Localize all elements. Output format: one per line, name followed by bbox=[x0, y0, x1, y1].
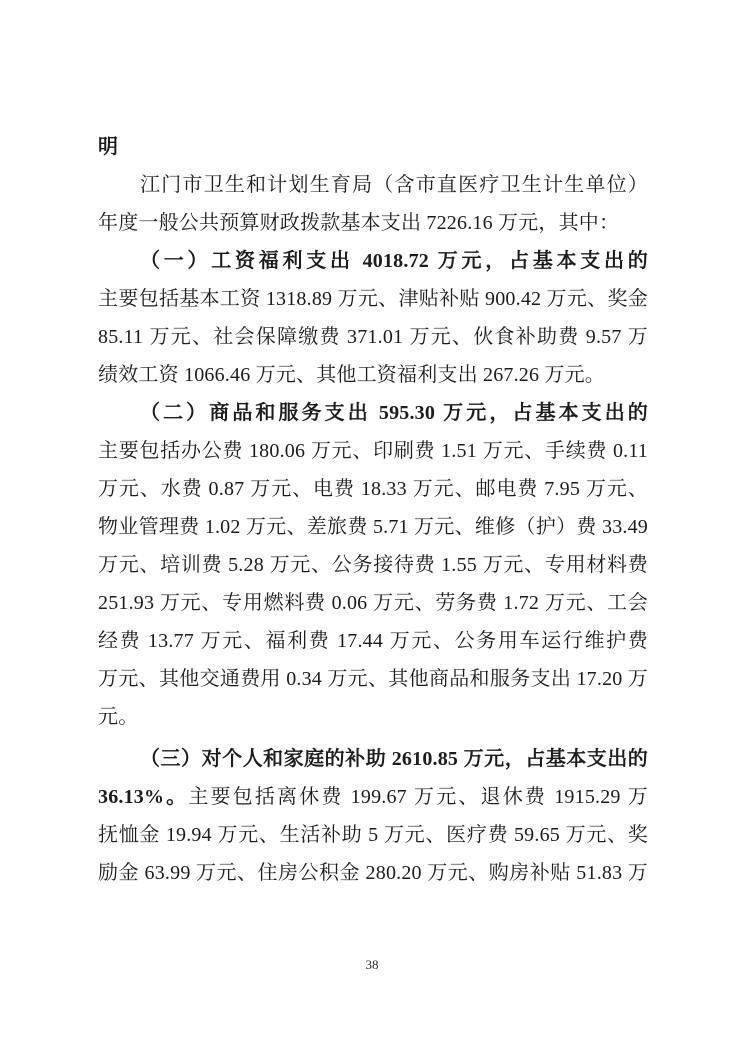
text-line-4: 主要包括基本工资 1318.89 万元、津贴补贴 900.42 万元、奖金 bbox=[98, 280, 648, 318]
text-line-3: （一）工资福利支出 4018.72 万元，占基本支出的 55.61%。 bbox=[98, 242, 648, 280]
text-line-14: 万元、其他交通费用 0.34 万元、其他商品和服务支出 17.20 万 bbox=[98, 660, 648, 698]
text-segment: 主要包括办公费 180.06 万元、印刷费 1.51 万元、手续费 0.11 bbox=[98, 440, 648, 462]
text-segment: 江门市卫生和计划生育局（含市直医疗卫生计生单位）2015 bbox=[98, 174, 648, 204]
text-line-11: 万元、培训费 5.28 万元、公务接待费 1.55 万元、专用材料费 bbox=[98, 546, 648, 584]
text-block: 明江门市卫生和计划生育局（含市直医疗卫生计生单位）2015年度一般公共预算财政拨… bbox=[98, 128, 648, 892]
text-segment: 万元、培训费 5.28 万元、公务接待费 1.55 万元、专用材料费 bbox=[98, 554, 648, 576]
text-line-13: 经费 13.77 万元、福利费 17.44 万元、公务用车运行维护费 36.95 bbox=[98, 622, 648, 660]
text-line-19: 励金 63.99 万元、住房公积金 280.20 万元、购房补贴 51.83 万 bbox=[98, 854, 648, 892]
bold-text-segment: （一）工资福利支出 4018.72 万元，占基本支出的 55.61%。 bbox=[98, 250, 648, 280]
text-segment: 绩效工资 1066.46 万元、其他工资福利支出 267.26 万元。 bbox=[98, 364, 605, 386]
text-segment: 年度一般公共预算财政拨款基本支出 7226.16 万元，其中： bbox=[98, 212, 619, 234]
text-segment: 85.11 万元、社会保障缴费 371.01 万元、伙食补助费 9.57 万元、 bbox=[98, 326, 648, 356]
text-line-7: （二）商品和服务支出 595.30 万元，占基本支出的 8.24%。 bbox=[98, 394, 648, 432]
text-line-2: 年度一般公共预算财政拨款基本支出 7226.16 万元，其中： bbox=[98, 204, 648, 242]
text-segment: 物业管理费 1.02 万元、差旅费 5.71 万元、维修（护）费 33.49 bbox=[98, 516, 648, 538]
text-line-18: 抚恤金 19.94 万元、生活补助 5 万元、医疗费 59.65 万元、奖 bbox=[98, 816, 648, 854]
bold-text-segment: 36.13%。 bbox=[98, 786, 188, 808]
text-line-5: 85.11 万元、社会保障缴费 371.01 万元、伙食补助费 9.57 万元、 bbox=[98, 318, 648, 356]
text-line-0: 明 bbox=[98, 128, 648, 166]
text-segment: 励金 63.99 万元、住房公积金 280.20 万元、购房补贴 51.83 万 bbox=[98, 862, 648, 884]
text-line-8: 主要包括办公费 180.06 万元、印刷费 1.51 万元、手续费 0.11 bbox=[98, 432, 648, 470]
text-line-1: 江门市卫生和计划生育局（含市直医疗卫生计生单位）2015 bbox=[98, 166, 648, 204]
text-segment: 万元、水费 0.87 万元、电费 18.33 万元、邮电费 7.95 万元、 bbox=[98, 478, 648, 500]
bold-text-segment: （二）商品和服务支出 595.30 万元，占基本支出的 8.24%。 bbox=[98, 402, 648, 432]
footer-page-number: 38 bbox=[0, 955, 744, 975]
text-segment: 251.93 万元、专用燃料费 0.06 万元、劳务费 1.72 万元、工会 bbox=[98, 592, 648, 614]
text-line-10: 物业管理费 1.02 万元、差旅费 5.71 万元、维修（护）费 33.49 bbox=[98, 508, 648, 546]
text-segment: 主要包括基本工资 1318.89 万元、津贴补贴 900.42 万元、奖金 bbox=[98, 288, 648, 310]
text-segment: 万元、其他交通费用 0.34 万元、其他商品和服务支出 17.20 万 bbox=[98, 668, 648, 690]
text-line-17: 36.13%。主要包括离休费 199.67 万元、退休费 1915.29 万元、 bbox=[98, 778, 648, 816]
text-line-16: （三）对个人和家庭的补助 2610.85 万元，占基本支出的 bbox=[98, 740, 648, 778]
text-line-12: 251.93 万元、专用燃料费 0.06 万元、劳务费 1.72 万元、工会 bbox=[98, 584, 648, 622]
text-segment: 经费 13.77 万元、福利费 17.44 万元、公务用车运行维护费 36.95 bbox=[98, 630, 648, 660]
text-line-9: 万元、水费 0.87 万元、电费 18.33 万元、邮电费 7.95 万元、 bbox=[98, 470, 648, 508]
text-segment: 元。 bbox=[98, 706, 138, 728]
document-page: 明江门市卫生和计划生育局（含市直医疗卫生计生单位）2015年度一般公共预算财政拨… bbox=[0, 0, 744, 1052]
bold-text-segment: （三）对个人和家庭的补助 2610.85 万元，占基本支出的 bbox=[140, 748, 648, 770]
bold-text-segment: 明 bbox=[98, 136, 118, 158]
text-line-6: 绩效工资 1066.46 万元、其他工资福利支出 267.26 万元。 bbox=[98, 356, 648, 394]
text-line-15: 元。 bbox=[98, 698, 648, 736]
text-segment: 抚恤金 19.94 万元、生活补助 5 万元、医疗费 59.65 万元、奖 bbox=[98, 824, 648, 846]
